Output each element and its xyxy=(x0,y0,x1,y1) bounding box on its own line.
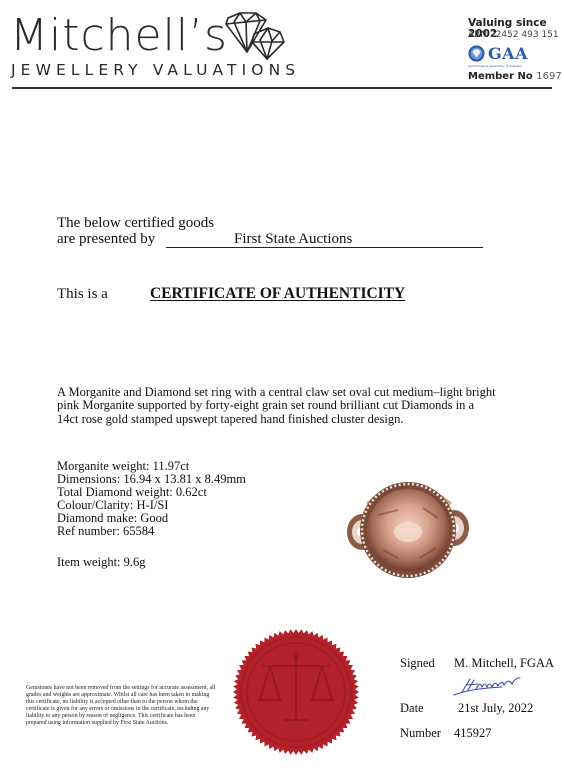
date-label: Date xyxy=(400,702,424,715)
number-label: Number xyxy=(400,727,441,740)
intro-line-2: are presented by xyxy=(57,232,155,247)
number-value: 415927 xyxy=(454,727,492,740)
certificate-prefix: This is a xyxy=(57,287,108,302)
spec-list: Morganite weight: 11.97ct Dimensions: 16… xyxy=(57,460,246,538)
presenter-underline xyxy=(166,247,483,248)
member-number-value: 1697 xyxy=(536,71,561,82)
item-description: A Morganite and Diamond set ring with a … xyxy=(57,386,497,426)
member-label: Member No xyxy=(468,71,533,82)
date-value: 21st July, 2022 xyxy=(458,702,533,715)
member-number: Member No 1697 xyxy=(468,72,562,82)
disclaimer-text: Gemstones have not been removed from the… xyxy=(26,685,216,728)
abn-number: ABN 22452 493 151 xyxy=(468,31,559,40)
gaa-text: GAA xyxy=(488,46,528,62)
spec-ref-number: Ref number: 65584 xyxy=(57,525,246,538)
signature-mark xyxy=(452,675,524,697)
signed-value: M. Mitchell, FGAA xyxy=(454,657,554,670)
brand-subtitle: JEWELLERY VALUATIONS xyxy=(11,63,300,79)
diamonds-icon xyxy=(222,12,286,60)
wax-seal xyxy=(232,628,360,756)
brand-name: Mitchell’s xyxy=(10,14,228,58)
certificate-title: CERTIFICATE OF AUTHENTICITY xyxy=(150,286,405,302)
header-divider xyxy=(12,87,552,89)
item-weight: Item weight: 9.6g xyxy=(57,556,146,569)
gaa-logo: GAA xyxy=(468,45,528,62)
gaa-emblem-icon xyxy=(468,45,485,62)
signed-label: Signed xyxy=(400,657,435,670)
presenter-name: First State Auctions xyxy=(234,232,352,247)
intro-line-1: The below certified goods xyxy=(57,216,214,231)
ring-photo xyxy=(338,470,478,590)
gaa-caption: Gemmological Association of Australia xyxy=(468,64,522,68)
